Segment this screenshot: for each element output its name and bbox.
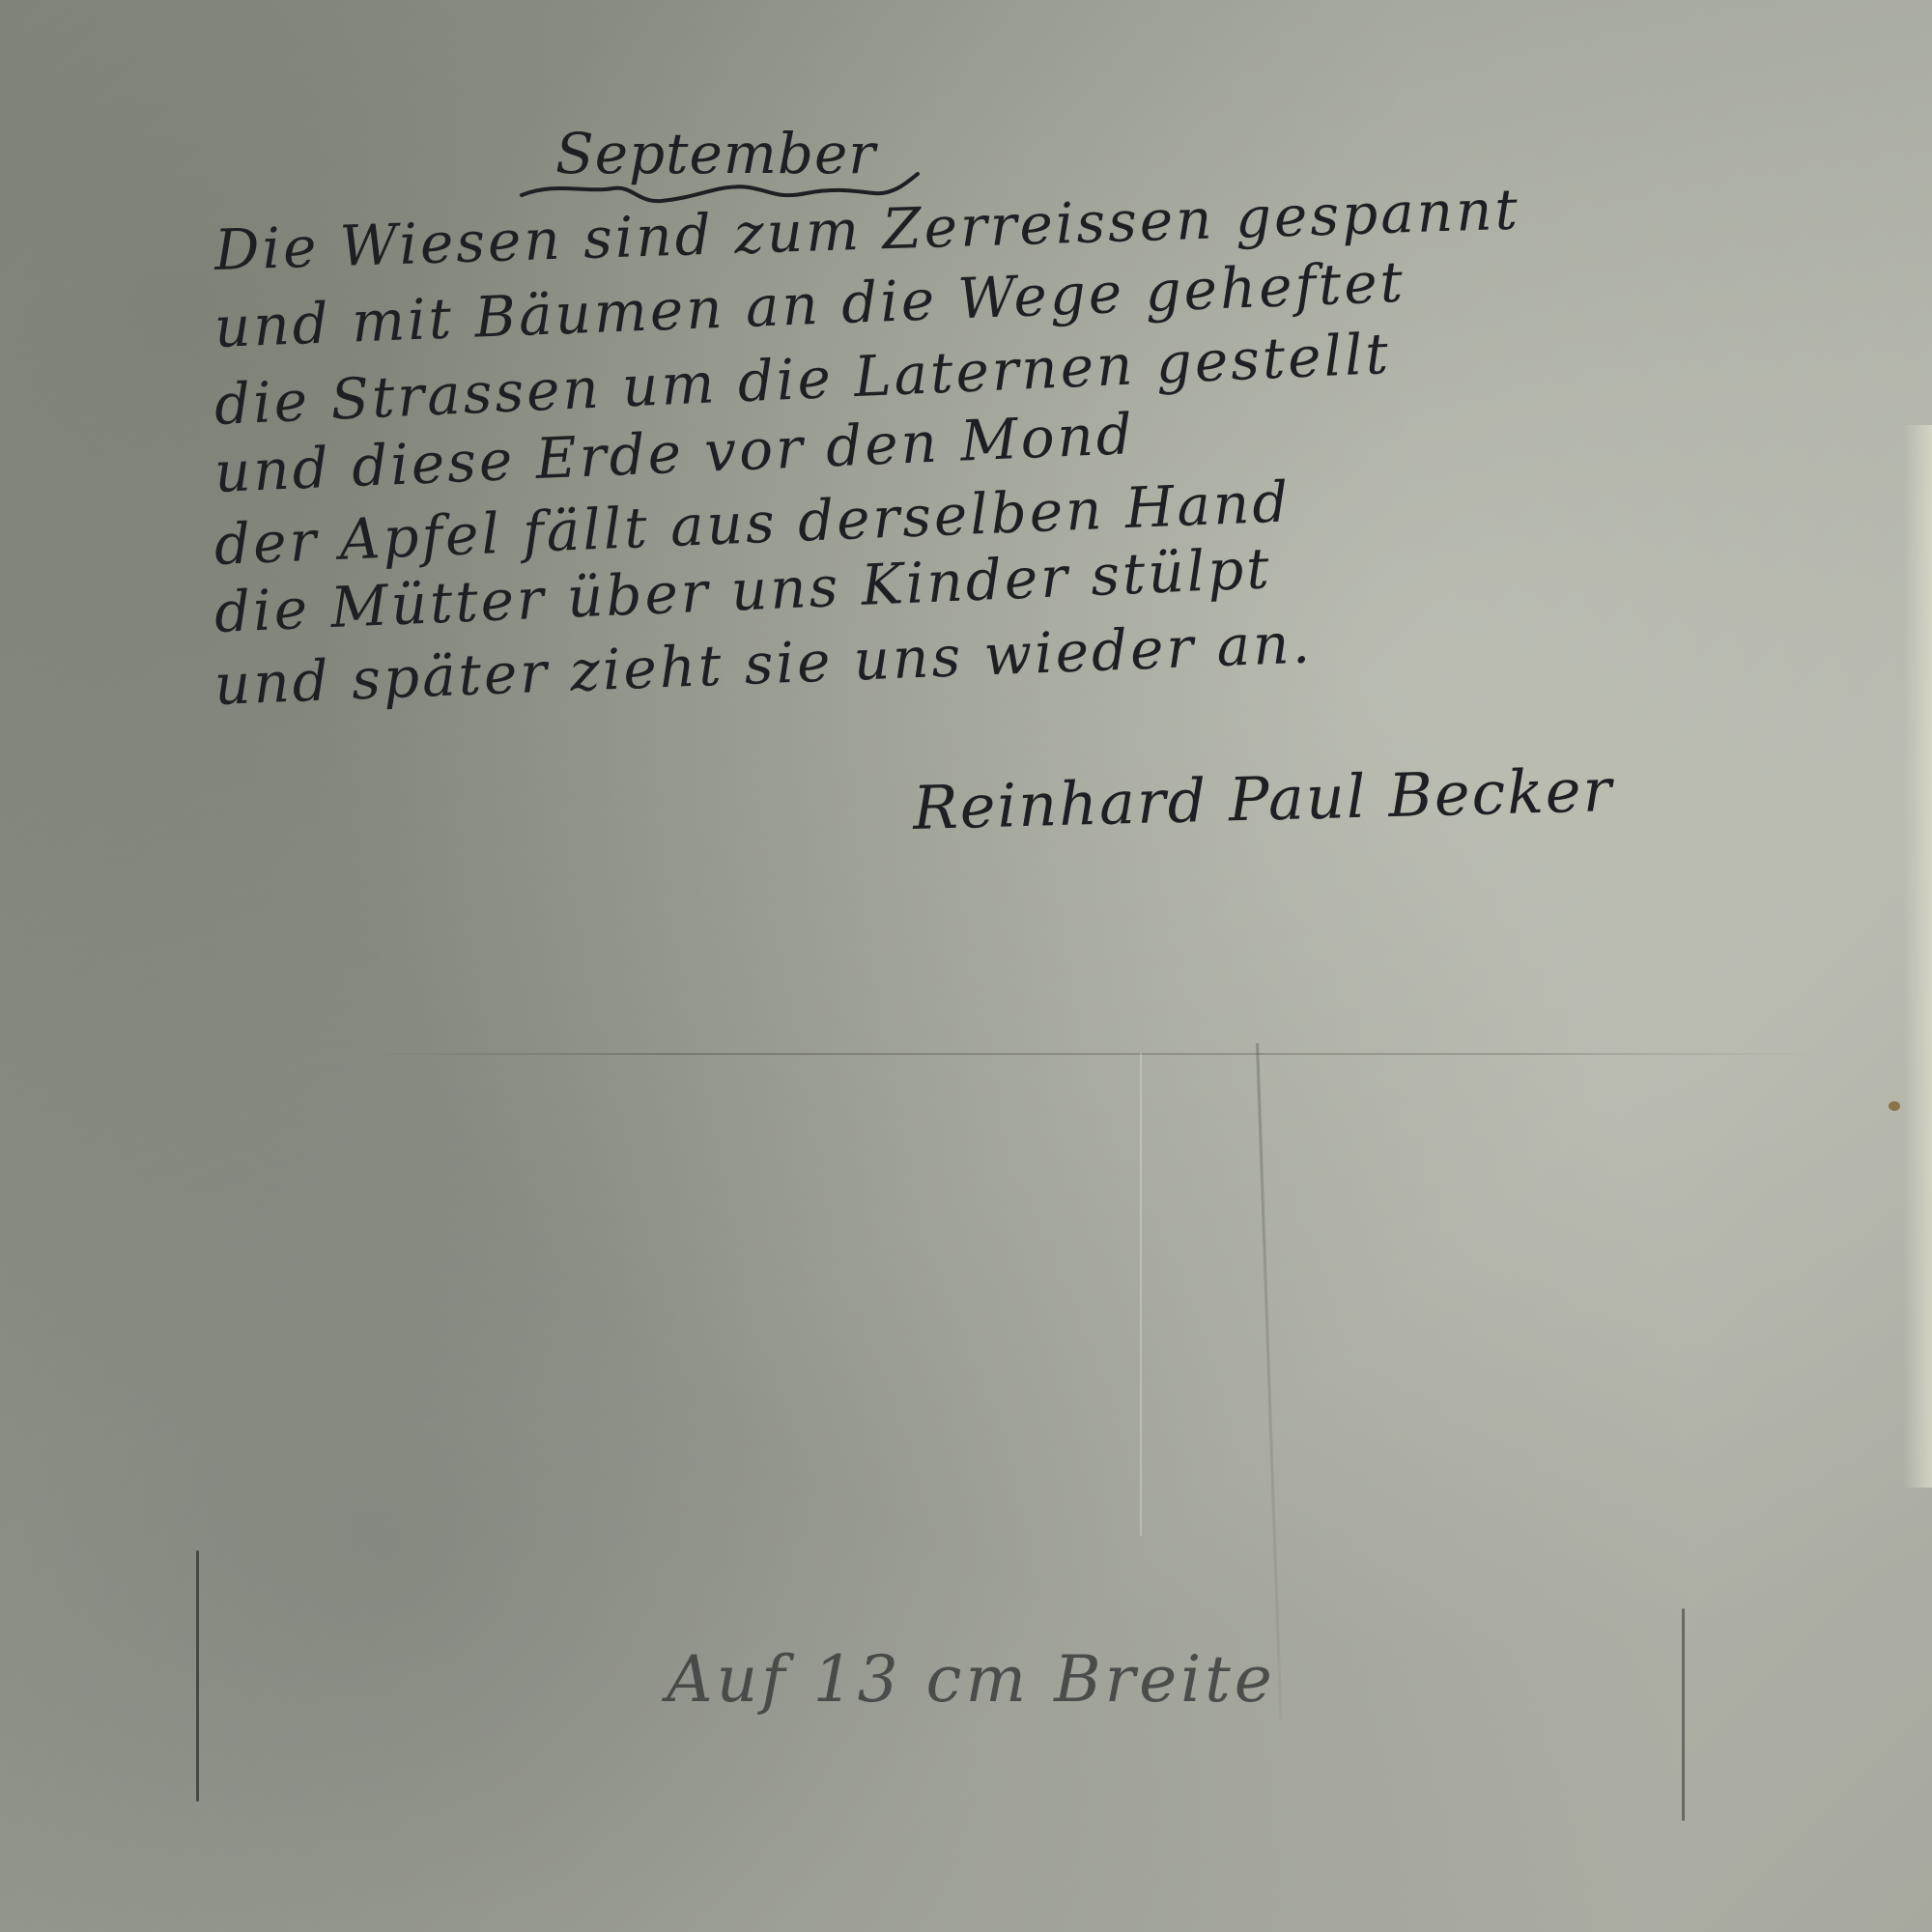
paper-torn-edge [1903,425,1932,1488]
pencil-margin-mark-left [196,1550,199,1802]
fold-crease-highlight [1140,1053,1142,1536]
author-signature: Reinhard Paul Becker [912,754,1614,843]
fold-crease-horizontal [367,1053,1816,1055]
pencil-width-note: Auf 13 cm Breite [667,1642,1276,1717]
paper-sheet: September Die Wiesen sind zum Zerreissen… [0,0,1932,1932]
pencil-margin-mark-right [1682,1608,1685,1821]
paper-stain [1889,1101,1900,1111]
fold-crease-vertical [1256,1043,1282,1719]
